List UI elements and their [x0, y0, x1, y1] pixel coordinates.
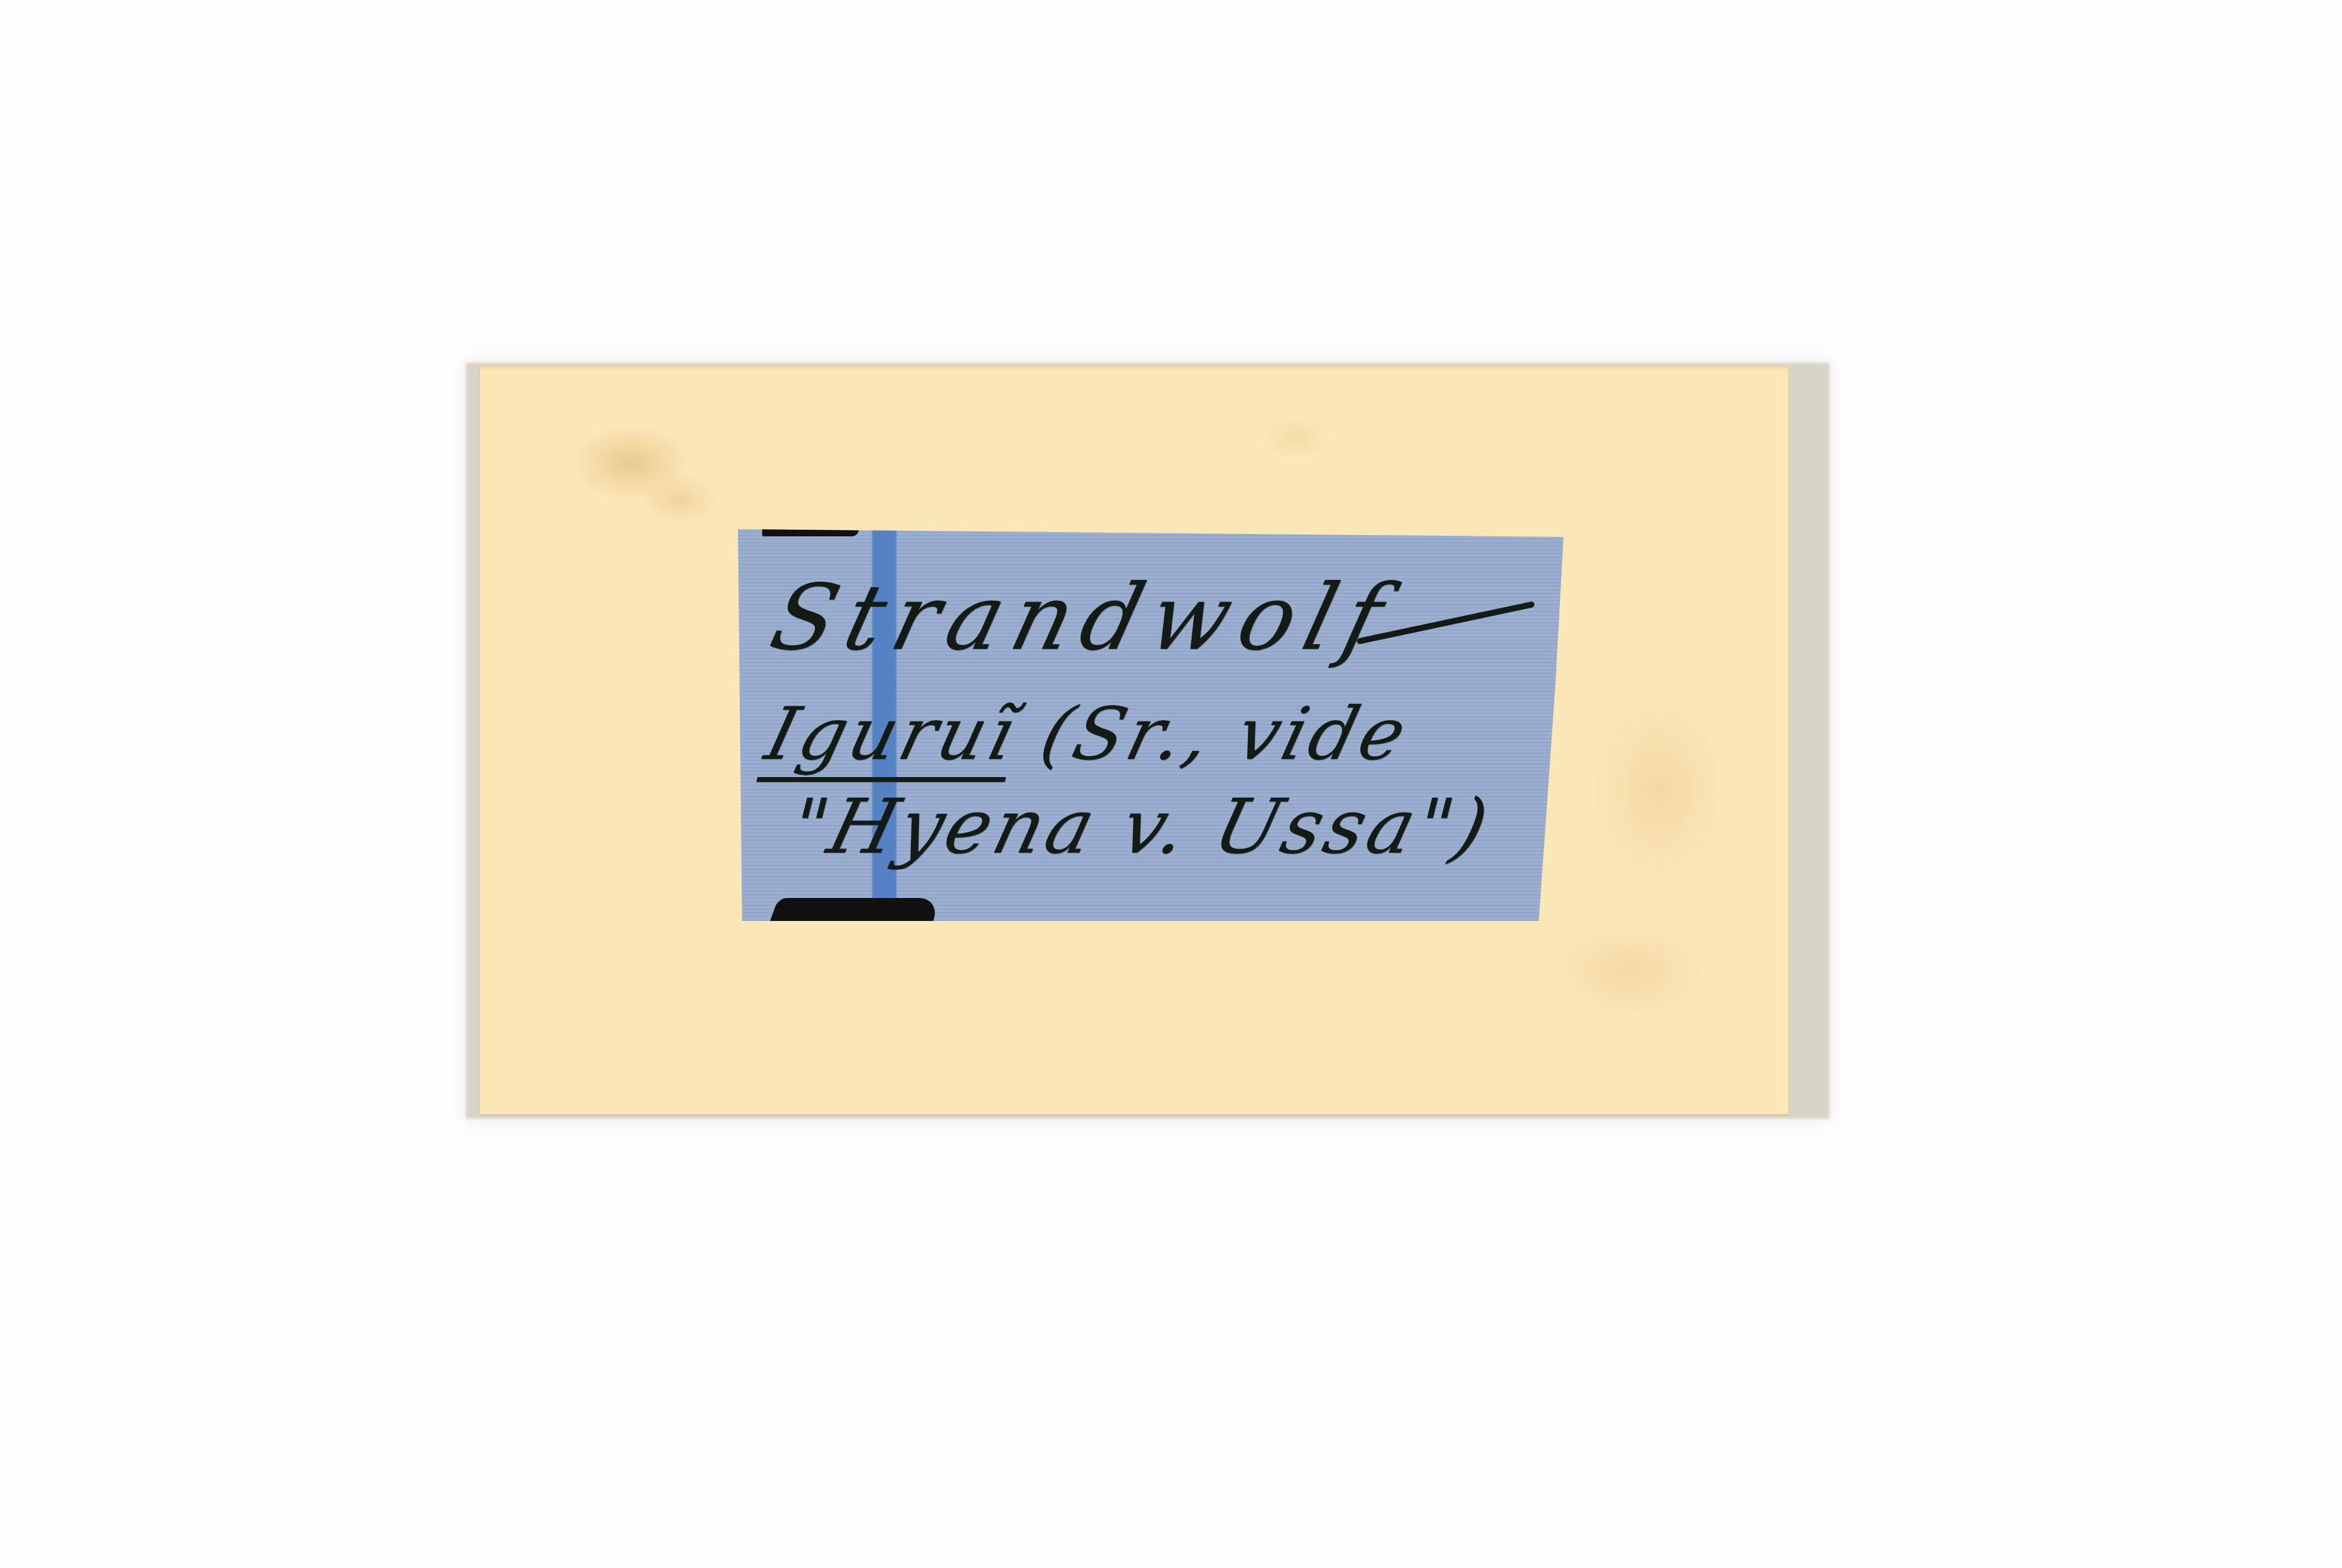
handwriting-line-2: Iguruĩ (Sr., vide — [758, 692, 1418, 776]
ink-blot-bottom — [770, 898, 942, 921]
blue-paper-slip: Strandwolf Iguruĩ (Sr., vide "Hyena v. U… — [738, 529, 1564, 921]
underlined-word: Iguruĩ — [758, 692, 1027, 776]
handwriting-line-2-rest: (Sr., vide — [1006, 692, 1417, 776]
photo-scene: Strandwolf Iguruĩ (Sr., vide "Hyena v. U… — [0, 0, 2342, 1568]
ink-blot-top — [762, 529, 859, 536]
handwriting-line-3: "Hyena v. Ussa") — [781, 783, 1500, 871]
handwriting-line-1: Strandwolf — [761, 565, 1403, 671]
